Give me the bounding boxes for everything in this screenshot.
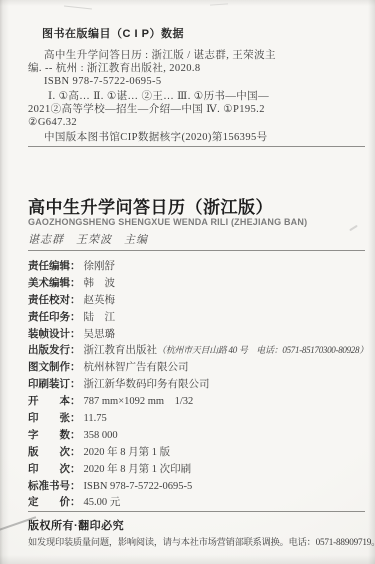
credit-value: 吴思璐 xyxy=(84,329,116,340)
credit-row: 版 次：2020 年 8 月第 1 版 xyxy=(28,443,371,460)
credit-row: 责任印务：陆 江 xyxy=(28,308,371,325)
credit-row: 印 张：11.75 xyxy=(28,409,371,426)
credit-label: 责任校对： xyxy=(28,294,81,306)
classification-line: ②G647.32 xyxy=(28,116,365,129)
credit-value: 韩 波 xyxy=(84,278,116,289)
credit-row: 装帧设计：吴思璐 xyxy=(28,325,371,342)
scan-artifact-speck xyxy=(349,225,358,231)
credit-row: 印刷装订：浙江新华数码印务有限公司 xyxy=(28,375,371,392)
imprint-list: 责任编辑：徐刚舒 美术编辑：韩 波 责任校对：赵英梅 责任印务：陆 江 装帧设计… xyxy=(28,257,371,510)
book-title: 高中生升学问答日历（浙江版） xyxy=(28,193,273,218)
credit-row: 出版发行：浙江教育出版社（杭州市天目山路 40 号 电话：0571-851703… xyxy=(28,341,371,358)
credit-row: 责任编辑：徐刚舒 xyxy=(28,257,371,274)
credit-row: 字 数：358 000 xyxy=(28,426,371,443)
divider xyxy=(28,511,365,512)
credit-row: 责任校对：赵英梅 xyxy=(28,291,371,308)
credit-row: 图文制作：杭州林智广告有限公司 xyxy=(28,358,371,375)
credit-value: 11.75 xyxy=(84,413,107,424)
cip-registry-number: 中国版本图书馆CIP数据核字(2020)第156395号 xyxy=(44,129,268,144)
divider xyxy=(28,146,365,147)
cip-heading: 图书在版编目（C I P）数据 xyxy=(42,25,184,41)
credit-label: 开 本： xyxy=(28,395,81,407)
classification-line: 2021②高等学校—招生—介绍—中国 Ⅳ. ①P195.2 xyxy=(28,103,365,116)
credit-value: 2020 年 8 月第 1 次印刷 xyxy=(84,464,192,475)
credit-label: 版 次： xyxy=(28,446,81,458)
credit-label: 责任编辑： xyxy=(28,260,81,272)
classification-line: Ⅰ. ①高… Ⅱ. ①谌… ②王… Ⅲ. ①历书—中国— xyxy=(28,90,365,103)
cip-record-line: 高中生升学问答日历 : 浙江版 / 谌志群, 王荣波主 xyxy=(28,49,365,62)
credit-value: 浙江新华数码印务有限公司 xyxy=(84,379,210,390)
credit-value: 358 000 xyxy=(84,430,118,441)
credit-label: 图文制作： xyxy=(28,361,81,373)
copyright-page: 图书在版编目（C I P）数据 高中生升学问答日历 : 浙江版 / 谌志群, 王… xyxy=(0,0,375,564)
quality-notice: 如发现印装质量问题，影响阅读，请与本社市场营销部联系调换。电话：0571-889… xyxy=(28,534,375,548)
book-title-pinyin: GAOZHONGSHENG SHENGXUE WENDA RILI (ZHEJI… xyxy=(28,217,307,227)
credit-label: 装帧设计： xyxy=(28,328,81,340)
credit-row: 标准书号：ISBN 978-7-5722-0695-5 xyxy=(28,477,371,494)
credit-value: 787 mm×1092 mm 1/32 xyxy=(84,396,194,407)
publisher-address-phone: （杭州市天目山路 40 号 电话：0571-85170300-80928） xyxy=(157,345,368,355)
credit-value: 徐刚舒 xyxy=(84,261,116,272)
cip-classification: Ⅰ. ①高… Ⅱ. ①谌… ②王… Ⅲ. ①历书—中国— 2021②高等学校—招… xyxy=(28,90,365,129)
credit-label: 字 数： xyxy=(28,429,81,441)
credit-value: 陆 江 xyxy=(84,312,116,323)
credit-value: 浙江教育出版社 xyxy=(84,345,158,356)
credit-label: 责任印务： xyxy=(28,311,81,323)
cip-record-line: ISBN 978-7-5722-0695-5 xyxy=(28,75,365,88)
credit-row: 开 本：787 mm×1092 mm 1/32 xyxy=(28,392,371,409)
divider xyxy=(28,250,365,251)
credit-value: 杭州林智广告有限公司 xyxy=(84,362,189,373)
credit-label: 印刷装订： xyxy=(28,378,81,390)
credit-row: 美术编辑：韩 波 xyxy=(28,274,371,291)
credit-value: 赵英梅 xyxy=(84,295,116,306)
credit-row: 定 价：45.00 元 xyxy=(28,493,371,510)
credit-label: 印 张： xyxy=(28,412,81,424)
scan-artifact-mark xyxy=(210,3,228,5)
credit-value: ISBN 978-7-5722-0695-5 xyxy=(84,481,193,492)
credit-value: 2020 年 8 月第 1 版 xyxy=(84,447,171,458)
credit-label: 出版发行： xyxy=(28,344,81,356)
credit-label: 印 次： xyxy=(28,463,81,475)
credit-label: 定 价： xyxy=(28,496,81,508)
book-authors: 谌志群 王荣波 主编 xyxy=(28,231,148,247)
copyright-notice: 版权所有·翻印必究 xyxy=(28,517,124,533)
cip-record-line: 编. -- 杭州 : 浙江教育出版社, 2020.8 xyxy=(28,62,365,75)
credit-row: 印 次：2020 年 8 月第 1 次印刷 xyxy=(28,460,371,477)
scan-artifact-mark xyxy=(64,6,92,10)
credit-label: 标准书号： xyxy=(28,480,81,492)
credit-label: 美术编辑： xyxy=(28,277,81,289)
cip-record: 高中生升学问答日历 : 浙江版 / 谌志群, 王荣波主 编. -- 杭州 : 浙… xyxy=(28,49,365,88)
credit-value: 45.00 元 xyxy=(84,497,121,508)
